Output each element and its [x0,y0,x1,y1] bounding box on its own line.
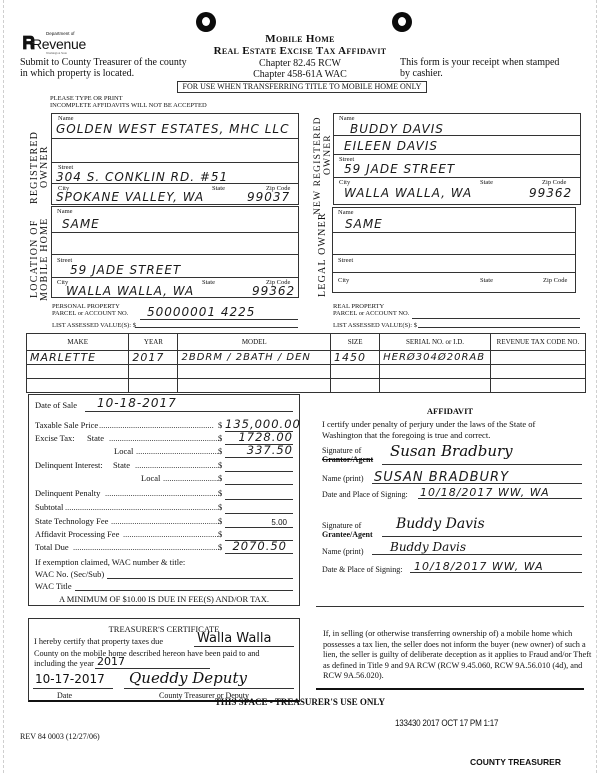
currency-symbol: $ [218,529,222,539]
table-row [27,379,586,393]
mobile-home-details-table: MAKE YEAR MODEL SIZE SERIAL NO. or I.D. … [26,333,586,393]
date-of-sale-value[interactable]: 10-18-2017 [97,396,177,410]
local-label: Local [141,473,160,483]
currency-symbol: $ [218,420,222,430]
affidavit-title: AFFIDAVIT [300,406,600,416]
real-property-label-line1: REAL PROPERTY [333,303,409,310]
name-label: Name [58,115,74,122]
treasurer-cert-line2: County on the mobile home described here… [34,649,260,658]
grantor-sig-label-line1: Signature of [322,446,373,455]
subtotal-row: Subtotal ...............................… [35,502,293,514]
divider [333,232,575,233]
new-registered-owner-section-label2: OWNER [323,112,333,197]
wac-title-row: WAC Title [35,581,293,593]
divider [52,232,298,233]
state-label: State [113,460,130,470]
minimum-notice: A MINIMUM OF $10.00 IS DUE IN FEE(S) AND… [35,594,293,606]
wac-title-label: WAC Title [35,581,72,591]
delinquent-interest-local-value[interactable] [225,484,293,485]
date-of-sale-row: Date of Sale 10-18-2017 [35,400,293,412]
grantor-date-place[interactable]: 10/18/2017 WW, WA [420,486,550,499]
taxable-sale-price-label: Taxable Sale Price [35,420,98,430]
subtotal-value[interactable] [225,513,293,514]
location-city-state[interactable]: WALLA WALLA, WA [66,284,194,298]
total-due-row: Total Due ..............................… [35,542,293,554]
divider [52,138,298,139]
state-label: State [202,279,215,286]
warning-bottom-divider [316,688,584,690]
affidavit-statement-line1: I certify under penalty of perjury under… [322,419,535,430]
personal-property-label-line1: PERSONAL PROPERTY [52,303,128,310]
affidavit-divider [316,606,584,607]
divider [334,154,580,155]
table-header-row: MAKE YEAR MODEL SIZE SERIAL NO. or I.D. … [27,334,586,351]
cell-serial[interactable]: HERØ304Ø20RAB [380,351,491,365]
divider [52,183,298,184]
form-title-line2: Real Estate Excise Tax Affidavit [0,45,600,57]
personal-property-label-line2: PARCEL or ACCOUNT NO. [52,310,128,317]
cell-model[interactable] [178,379,331,393]
punch-hole-left [196,12,216,32]
registered-owner-street[interactable]: 304 S. CONKLIN RD. #51 [56,170,228,184]
personal-property-account-no[interactable]: 50000001 4225 [147,305,255,319]
delinquent-penalty-row: Delinquent Penalty .....................… [35,488,293,500]
affidavit-statement-line2: Washington that the foregoing is true an… [322,430,535,441]
table-row [27,365,586,379]
divider [334,135,580,136]
new-owner-zip[interactable]: 99362 [529,186,572,200]
divider [52,162,298,163]
currency-symbol: $ [218,488,222,498]
registered-owner-name[interactable]: GOLDEN WEST ESTATES, MHC LLC [56,122,290,136]
punch-hole-right [392,12,412,32]
real-property-label-line2: PARCEL or ACCOUNT NO. [333,310,409,317]
cell-model[interactable] [178,365,331,379]
name-label: Name [339,115,355,122]
wac-no-line[interactable] [107,569,293,579]
personal-assessed-label: LIST ASSESSED VALUE(S): $ [52,322,136,329]
print-note: PLEASE TYPE OR PRINT INCOMPLETE AFFIDAVI… [50,95,207,109]
cell-make[interactable]: MARLETTE [27,351,129,365]
state-tech-fee-label: State Technology Fee [35,516,108,526]
wac-no-label: WAC No. (Sec/Sub) [35,569,104,579]
scan-edge-left [3,0,4,773]
treasurer-certificate-box: TREASURER'S CERTIFICATE I hereby certify… [28,618,300,702]
affidavit-statement: I certify under penalty of perjury under… [322,419,535,440]
new-registered-owner-panel: Name BUDDY DAVIS EILEEN DAVIS Street 59 … [333,113,581,205]
state-tech-fee-row: State Technology Fee ...................… [35,516,293,528]
real-assessed-value-line[interactable] [418,320,580,328]
divider [52,254,298,255]
cashier-stamp: 133430 2017 OCT 17 PM 1:17 [395,718,498,729]
location-name[interactable]: SAME [62,217,100,231]
section-label-line2: MOBILE HOME [39,217,50,300]
receipt-note: This form is your receipt when stamped b… [400,57,559,79]
divider [333,272,575,273]
state-label: State [480,277,493,284]
treasurer-cert-county[interactable]: Walla Walla [197,631,272,646]
wac-title-line[interactable] [75,581,293,591]
state-label: State [212,185,225,192]
cell-tax-code[interactable] [490,379,585,393]
cell-tax-code[interactable] [490,365,585,379]
grantee-sig-label-line1: Signature of [322,521,373,530]
affidavit-fee-label: Affidavit Processing Fee [35,529,119,539]
divider [52,277,298,278]
state-label: State [87,433,104,443]
form-number: REV 84 0003 (12/27/06) [20,732,100,741]
grantee-date-place[interactable]: 10/18/2017 WW, WA [414,560,544,573]
excise-tax-local-row: Local ..................................… [35,446,293,458]
stamp-office: COUNTY TREASURER [470,757,561,767]
zip-label: Zip Code [543,277,567,284]
city-label: City [338,277,349,284]
delinquent-penalty-label: Delinquent Penalty [35,488,100,498]
street-label: Street [338,257,353,264]
registered-owner-panel: Name GOLDEN WEST ESTATES, MHC LLC Street… [51,113,299,205]
cell-size[interactable] [331,365,380,379]
cell-size[interactable] [331,379,380,393]
col-size: SIZE [331,334,380,351]
state-label: State [480,179,493,186]
tax-calculation-box: Date of Sale 10-18-2017 Taxable Sale Pri… [28,394,300,606]
delinquent-interest-state-value[interactable] [225,471,293,472]
use-notice-box: FOR USE WHEN TRANSFERRING TITLE TO MOBIL… [177,81,427,93]
treasurer-cert-line1: I hereby certify that property taxes due [34,637,163,646]
tax-lien-warning: If, in selling (or otherwise transferrin… [323,629,593,682]
new-registered-owner-section-label: NEW REGISTERED [313,112,323,220]
divider [333,254,575,255]
stamp-date: 2017 OCT 17 [422,718,468,729]
excise-tax-label: Excise Tax: [35,433,75,443]
legal-owner-panel: Name SAME Street City State Zip Code [332,207,576,293]
cell-make[interactable] [27,379,129,393]
new-owner-street[interactable]: 59 JADE STREET [344,162,455,176]
treasurer-cert-year[interactable]: 2017 [97,655,125,668]
name-label: Name [57,208,73,215]
form-title-line1: Mobile Home [0,33,600,45]
wac-no-row: WAC No. (Sec/Sub) [35,569,293,581]
cell-year[interactable]: 2017 [129,351,178,365]
grantee-name-print-label: Name (print) [322,547,364,556]
receipt-note-line1: This form is your receipt when stamped [400,57,559,68]
grantee-signature-label: Signature of Grantee/Agent [322,521,373,539]
registered-owner-section-label2: OWNER [40,118,50,216]
treasurer-cert-date[interactable]: 10-17-2017 [35,672,105,686]
name-label: Name [338,209,354,216]
receipt-note-line2: by cashier. [400,68,559,79]
currency-symbol: $ [218,542,222,552]
col-make: MAKE [27,334,129,351]
grantor-signature-label: Signature of Grantor/Agent [322,446,373,464]
treasurer-cert-line3: including the year [34,659,94,668]
cell-year[interactable] [129,365,178,379]
section-label-line2: OWNER [323,134,333,175]
cell-serial[interactable] [380,365,491,379]
currency-symbol: $ [218,460,222,470]
delinquent-penalty-value[interactable] [225,499,293,500]
personal-property-label: PERSONAL PROPERTY PARCEL or ACCOUNT NO. [52,303,128,317]
delinquent-interest-local-row: Local ..................................… [35,473,293,485]
new-owner-name[interactable]: BUDDY DAVIS [350,122,444,136]
date-of-sale-label: Date of Sale [35,400,77,410]
stamp-time: PM 1:17 [470,718,498,729]
real-property-account-line[interactable] [412,310,580,319]
cell-serial[interactable] [380,379,491,393]
grantor-signature[interactable]: Susan Bradbury [390,442,513,460]
print-note-line1: PLEASE TYPE OR PRINT [50,95,207,102]
registered-owner-city-state[interactable]: SPOKANE VALLEY, WA [56,190,204,204]
grantee-sig-label-line2: Grantee/Agent [322,530,373,539]
local-label: Local [114,446,133,456]
scan-edge-right [596,0,597,773]
grantor-date-place-label: Date and Place of Signing: [322,490,408,499]
currency-symbol: $ [218,473,222,483]
section-label-line2: OWNER [39,146,50,189]
divider [334,177,580,178]
legal-owner-section-label: LEGAL OWNER [318,210,328,300]
grantor-sig-label-line2: Grantor/Agent [322,455,373,464]
grantee-date-place-label: Date & Place of Signing: [322,565,402,574]
location-section-label2: MOBILE HOME [40,213,50,305]
personal-assessed-value-line[interactable] [135,320,298,328]
exemption-label: If exemption claimed, WAC number & title… [35,557,293,569]
grantee-name-print[interactable]: Buddy Davis [390,540,466,554]
currency-symbol: $ [218,516,222,526]
new-owner-name2[interactable]: EILEEN DAVIS [344,139,438,153]
zip-label: Zip Code [542,179,566,186]
currency-symbol: $ [218,433,222,443]
col-year: YEAR [129,334,178,351]
stamp-receipt-no: 133430 [395,718,420,729]
col-serial: SERIAL NO. or I.D. [380,334,491,351]
col-model: MODEL [178,334,331,351]
legal-owner-name[interactable]: SAME [345,217,383,231]
section-label-line1: NEW REGISTERED [313,117,323,216]
print-note-line2: INCOMPLETE AFFIDAVITS WILL NOT BE ACCEPT… [50,102,207,109]
cell-size[interactable]: 1450 [331,351,380,365]
grantor-name-print[interactable]: SUSAN BRADBURY [374,470,509,485]
cell-tax-code[interactable] [490,351,585,365]
real-property-label: REAL PROPERTY PARCEL or ACCOUNT NO. [333,303,409,317]
state-tech-fee-value: 5.00 [225,518,293,528]
new-owner-city-state[interactable]: WALLA WALLA, WA [344,186,472,200]
table-row: MARLETTE 2017 2BDRM / 2BATH / DEN 1450 H… [27,351,586,365]
treasurer-use-only-label: THIS SPACE - TREASURER'S USE ONLY [0,697,600,707]
delinquent-interest-state-row: Delinquent Interest: State .............… [35,460,293,472]
grantee-signature[interactable]: Buddy Davis [396,516,485,532]
cell-make[interactable] [27,365,129,379]
cell-year[interactable] [129,379,178,393]
treasurer-signature[interactable]: Queddy Deputy [129,669,247,687]
city-label: City [339,179,350,186]
real-assessed-label: LIST ASSESSED VALUE(S): $ [333,322,417,329]
delinquent-interest-label: Delinquent Interest: [35,460,103,470]
section-label-line1: LEGAL OWNER [317,213,328,298]
location-street[interactable]: 59 JADE STREET [70,263,181,277]
registered-owner-zip[interactable]: 99037 [247,190,290,204]
currency-symbol: $ [218,502,222,512]
col-revenue-tax-code: REVENUE TAX CODE NO. [490,334,585,351]
subtotal-label: Subtotal [35,502,63,512]
location-panel: Name SAME Street 59 JADE STREET City Sta… [51,206,299,298]
grantor-name-print-label: Name (print) [322,474,364,483]
total-due-value[interactable]: 2070.50 [225,539,293,554]
cell-model[interactable]: 2BDRM / 2BATH / DEN [178,351,331,365]
currency-symbol: $ [218,446,222,456]
excise-tax-local-value[interactable]: 337.50 [225,443,293,458]
location-zip[interactable]: 99362 [252,284,295,298]
total-due-label: Total Due [35,542,69,552]
